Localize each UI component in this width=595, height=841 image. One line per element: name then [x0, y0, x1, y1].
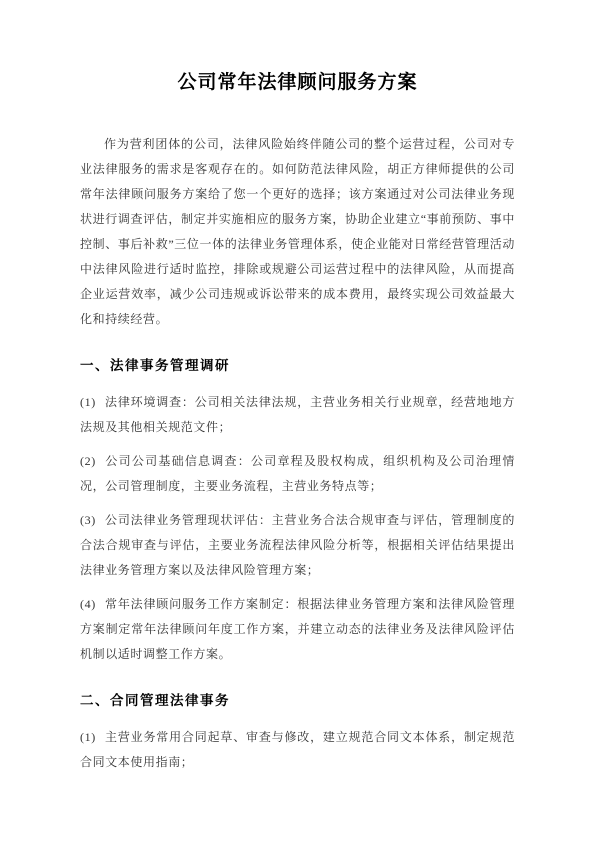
- list-item: (1)主营业务常用合同起草、审查与修改，建立规范合同文本体系，制定规范合同文本使…: [80, 725, 515, 775]
- item-text: 法律环境调查：公司相关法律法规，主营业务相关行业规章，经营地地方法规及其他相关规…: [80, 395, 515, 434]
- item-text: 主营业务常用合同起草、审查与修改，建立规范合同文本体系，制定规范合同文本使用指南…: [80, 730, 515, 769]
- item-marker: (4): [80, 597, 96, 611]
- document-title: 公司常年法律顾问服务方案: [80, 70, 515, 96]
- list-item: (1)法律环境调查：公司相关法律法规，主营业务相关行业规章，经营地地方法规及其他…: [80, 390, 515, 440]
- item-marker: (2): [80, 454, 96, 468]
- item-marker: (1): [80, 730, 96, 744]
- list-item: (3)公司法律业务管理现状评估：主营业务合法合规审查与评估，管理制度的合法合规审…: [80, 508, 515, 583]
- document-page: 公司常年法律顾问服务方案 作为营利团体的公司，法律风险始终伴随公司的整个运营过程…: [0, 0, 595, 841]
- list-item: (4)常年法律顾问服务工作方案制定：根据法律业务管理方案和法律风险管理方案制定常…: [80, 592, 515, 667]
- section-heading-contract-management: 二、合同管理法律事务: [80, 691, 515, 711]
- item-marker: (1): [80, 395, 96, 409]
- item-text: 公司法律业务管理现状评估：主营业务合法合规审查与评估，管理制度的合法合规审查与评…: [80, 513, 515, 577]
- intro-paragraph: 作为营利团体的公司，法律风险始终伴随公司的整个运营过程，公司对专业法律服务的需求…: [80, 132, 515, 332]
- item-marker: (3): [80, 513, 96, 527]
- item-text: 常年法律顾问服务工作方案制定：根据法律业务管理方案和法律风险管理方案制定常年法律…: [80, 597, 515, 661]
- section-heading-legal-affairs-research: 一、法律事务管理调研: [80, 356, 515, 376]
- item-text: 公司公司基础信息调查：公司章程及股权构成，组织机构及公司治理情况，公司管理制度，…: [80, 454, 515, 493]
- list-item: (2)公司公司基础信息调查：公司章程及股权构成，组织机构及公司治理情况，公司管理…: [80, 449, 515, 499]
